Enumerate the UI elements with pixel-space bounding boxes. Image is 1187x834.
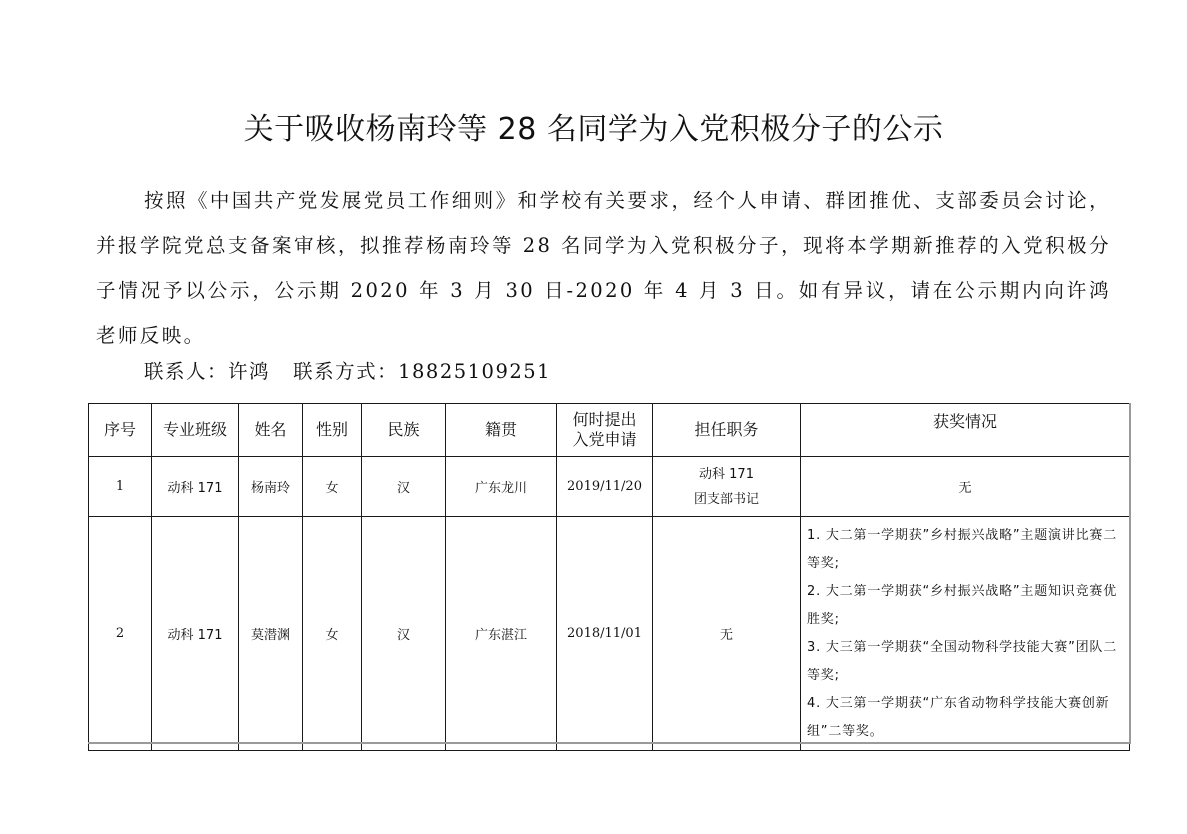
cell-index: 1 xyxy=(89,457,152,517)
duty-line1: 动科 171 xyxy=(653,462,800,487)
award-item: 3. 大三第一学期获“全国动物科学技能大赛”团队二等奖; xyxy=(807,634,1123,690)
header-name: 姓名 xyxy=(239,404,303,457)
document-title: 关于吸收杨南玲等 28 名同学为入党积极分子的公示 xyxy=(0,104,1187,148)
cell-class: 动科 171 xyxy=(152,457,239,517)
award-item: 1. 大二第一学期获”乡村振兴战略”主题演讲比赛二等奖; xyxy=(807,522,1123,578)
header-native-place: 籍贯 xyxy=(446,404,557,457)
contact-line: 联系人：许鸿 联系方式：18825109251 xyxy=(144,356,551,384)
cell-gender: 女 xyxy=(303,457,362,517)
table-row: 2 动科 171 莫潜渊 女 汉 广东湛江 2018/11/01 无 1. 大二… xyxy=(89,517,1130,751)
award-item: 2. 大二第一学期获“乡村振兴战略”主题知识竞赛优胜奖; xyxy=(807,578,1123,634)
table-shadow-bottom xyxy=(88,742,1131,744)
header-class: 专业班级 xyxy=(152,404,239,457)
header-apply-date-line1: 何时提出 xyxy=(557,410,652,430)
candidate-table: 序号 专业班级 姓名 性别 民族 籍贯 何时提出 入党申请 担任职务 获奖情况 … xyxy=(88,403,1130,751)
table-row: 1 动科 171 杨南玲 女 汉 广东龙川 2019/11/20 动科 171 … xyxy=(89,457,1130,517)
cell-apply-date: 2018/11/01 xyxy=(557,517,653,751)
table-shadow-right xyxy=(1129,403,1131,743)
header-ethnicity: 民族 xyxy=(362,404,446,457)
header-apply-date-line2: 入党申请 xyxy=(557,430,652,450)
cell-gender: 女 xyxy=(303,517,362,751)
award-item: 4. 大三第一学期获“广东省动物科学技能大赛创新组”二等奖。 xyxy=(807,690,1123,746)
cell-awards: 1. 大二第一学期获”乡村振兴战略”主题演讲比赛二等奖; 2. 大二第一学期获“… xyxy=(801,517,1130,751)
cell-index: 2 xyxy=(89,517,152,751)
cell-native-place: 广东湛江 xyxy=(446,517,557,751)
cell-apply-date: 2019/11/20 xyxy=(557,457,653,517)
cell-awards: 无 xyxy=(801,457,1130,517)
header-awards: 获奖情况 xyxy=(801,404,1130,457)
header-index: 序号 xyxy=(89,404,152,457)
cell-ethnicity: 汉 xyxy=(362,457,446,517)
cell-name: 杨南玲 xyxy=(239,457,303,517)
header-gender: 性别 xyxy=(303,404,362,457)
cell-native-place: 广东龙川 xyxy=(446,457,557,517)
duty-line2: 团支部书记 xyxy=(653,487,800,512)
cell-class: 动科 171 xyxy=(152,517,239,751)
cell-name: 莫潜渊 xyxy=(239,517,303,751)
cell-duty: 无 xyxy=(653,517,801,751)
header-apply-date: 何时提出 入党申请 xyxy=(557,404,653,457)
table-header-row: 序号 专业班级 姓名 性别 民族 籍贯 何时提出 入党申请 担任职务 获奖情况 xyxy=(89,404,1130,457)
header-duty: 担任职务 xyxy=(653,404,801,457)
cell-duty: 动科 171 团支部书记 xyxy=(653,457,801,517)
cell-ethnicity: 汉 xyxy=(362,517,446,751)
notice-paragraph: 按照《中国共产党发展党员工作细则》和学校有关要求，经个人申请、群团推优、支部委员… xyxy=(96,178,1111,358)
